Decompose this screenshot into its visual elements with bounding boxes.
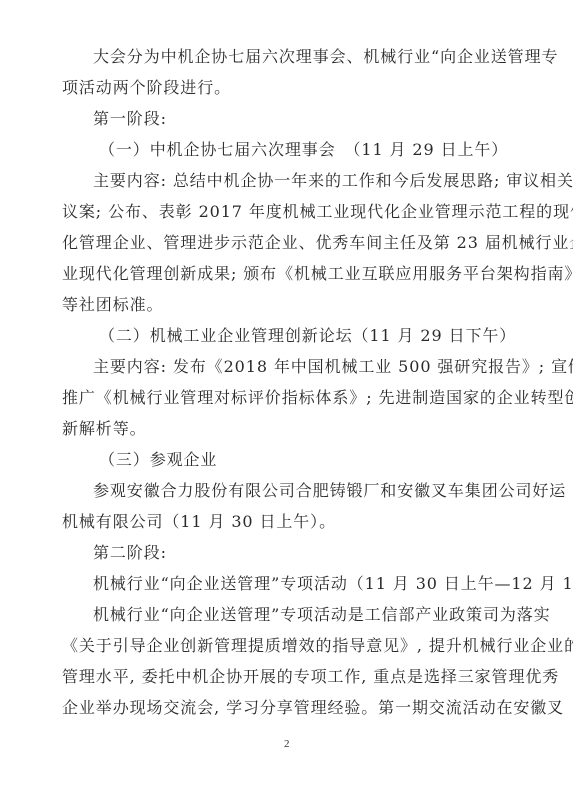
paragraph-line-activity-1: 机械行业“向企业送管理”专项活动是工信部产业政策司为落实 [93, 605, 512, 625]
paragraph-line-forum-2: 推广《机械行业管理对标评价指标体系》; 先进制造国家的企业转型创 [62, 388, 512, 408]
paragraph-line-visit-2: 机械有限公司（11 月 30 日上午）。 [62, 512, 512, 532]
paragraph-line-activity-3: 管理水平, 委托中机企协开展的专项工作, 重点是选择三家管理优秀 [62, 667, 512, 687]
section-heading-phase-two: 第二阶段: [93, 543, 512, 563]
paragraph-line-council-5: 等社团标准。 [62, 295, 512, 315]
paragraph-line-council-4: 业现代化管理创新成果; 颁布《机械工业互联应用服务平台架构指南》 [62, 264, 512, 284]
subheading-enterprise-visit: （三）参观企业 [99, 450, 512, 470]
subheading-council-meeting: （一）中机企协七届六次理事会 （11 月 29 日上午） [99, 140, 512, 160]
paragraph-line-visit-1: 参观安徽合力股份有限公司合肥铸锻厂和安徽叉车集团公司好运 [93, 481, 512, 501]
subheading-innovation-forum: （二）机械工业企业管理创新论坛（11 月 29 日下午） [99, 326, 512, 346]
paragraph-line-intro-2: 项活动两个阶段进行。 [62, 78, 512, 98]
subheading-special-activity: 机械行业“向企业送管理”专项活动（11 月 30 日上午—12 月 1 日） [93, 574, 512, 594]
paragraph-line-forum-3: 新解析等。 [62, 419, 512, 439]
paragraph-line-council-3: 化管理企业、管理进步示范企业、优秀车间主任及第 23 届机械行业企 [62, 233, 512, 253]
paragraph-line-intro-1: 大会分为中机企协七届六次理事会、机械行业“向企业送管理专 [93, 47, 512, 67]
paragraph-line-council-1: 主要内容: 总结中机企协一年来的工作和今后发展思路; 审议相关 [93, 171, 512, 191]
paragraph-line-forum-1: 主要内容: 发布《2018 年中国机械工业 500 强研究报告》; 宣传 [93, 357, 512, 377]
page-number: 2 [284, 738, 290, 750]
paragraph-line-council-2: 议案; 公布、表彰 2017 年度机械工业现代化企业管理示范工程的现代 [62, 202, 512, 222]
document-page: 大会分为中机企协七届六次理事会、机械行业“向企业送管理专 项活动两个阶段进行。 … [0, 0, 573, 803]
paragraph-line-activity-2: 《关于引导企业创新管理提质增效的指导意见》, 提升机械行业企业的 [62, 636, 512, 656]
paragraph-line-activity-4: 企业举办现场交流会, 学习分享管理经验。第一期交流活动在安徽叉 [62, 698, 512, 718]
section-heading-phase-one: 第一阶段: [93, 109, 512, 129]
